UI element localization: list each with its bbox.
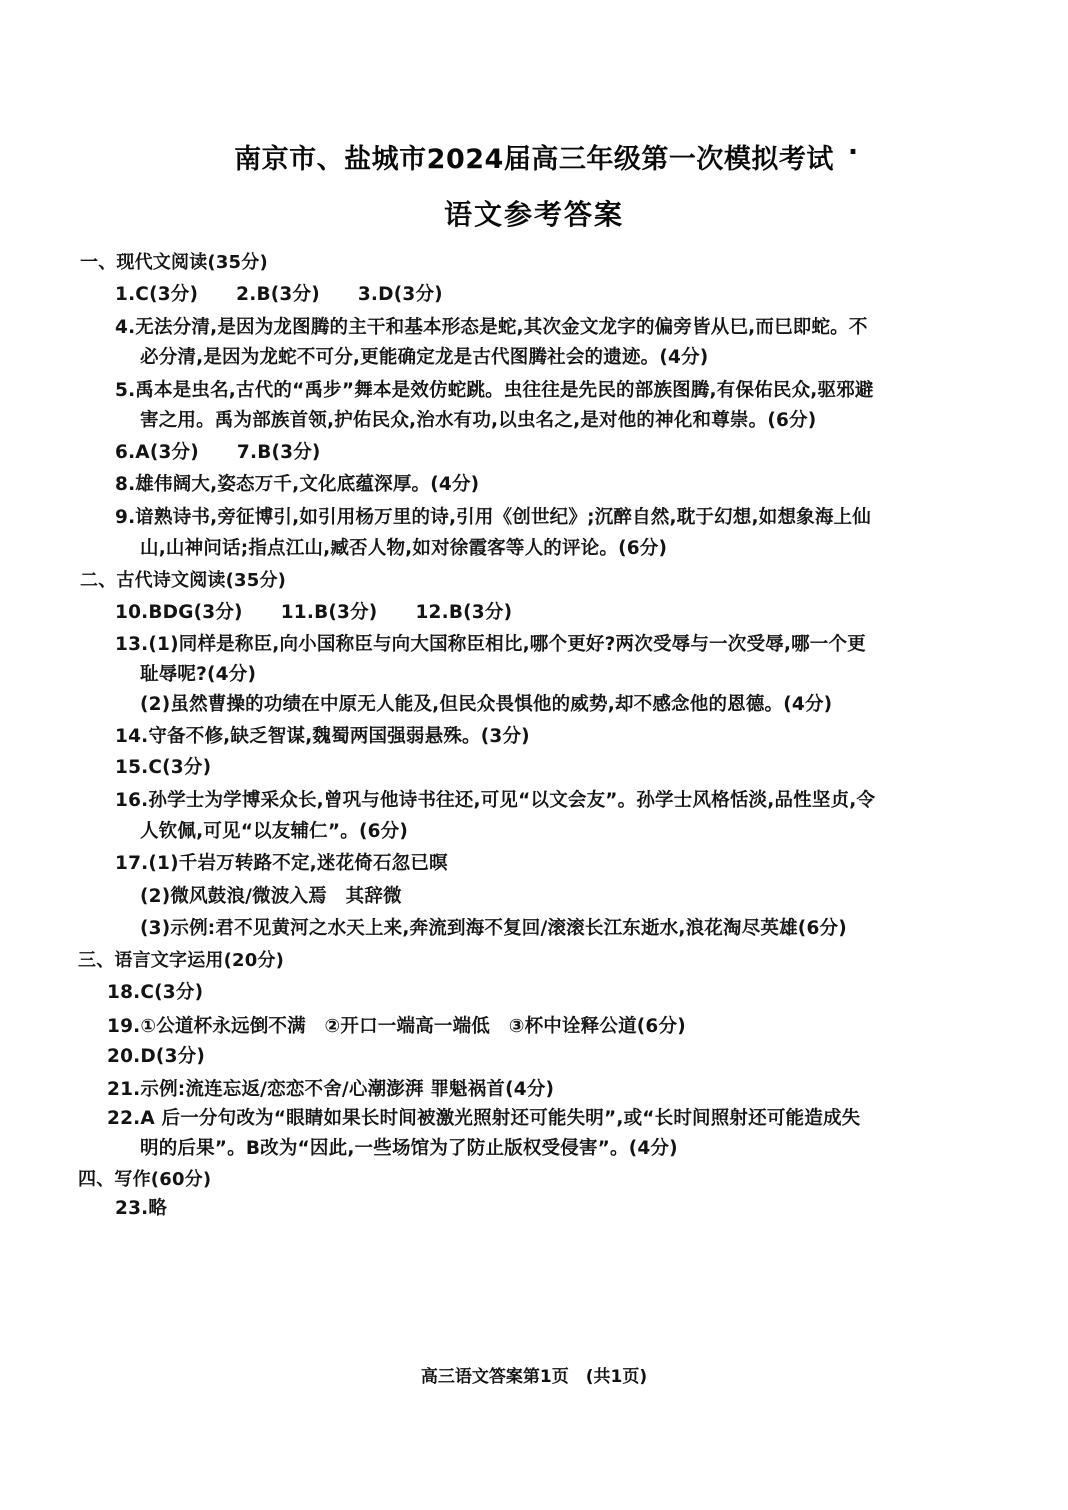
answer-line: 13.(1)同样是称臣,向小国称臣与向大国称臣相比,哪个更好?两次受辱与一次受辱… — [115, 630, 866, 656]
answer-line: 18.C(3分) — [107, 978, 203, 1004]
answer-line: 必分清,是因为龙蛇不可分,更能确定龙是古代图腾社会的遗迹。(4分) — [140, 343, 708, 369]
answer-line: (3)示例:君不见黄河之水天上来,奔流到海不复回/滚滚长江东逝水,浪花淘尽英雄(… — [140, 914, 847, 940]
answer-line: 明的后果”。B改为“因此,一些场馆为了防止版权受侵害”。(4分) — [140, 1134, 678, 1160]
answer-item: 12.B(3分) — [415, 602, 512, 623]
answer-line: 山,山神问话;指点江山,臧否人物,如对徐霞客等人的评论。(6分) — [140, 534, 667, 560]
document-title: 南京市、盐城市2024届高三年级第一次模拟考试· — [0, 137, 1068, 176]
section-heading-2: 二、古代诗文阅读(35分) — [80, 566, 286, 592]
section-heading-3: 三、语言文字运用(20分) — [78, 946, 284, 972]
answer-line: (2)虽然曹操的功绩在中原无人能及,但民众畏惧他的威势,却不感念他的恩德。(4分… — [140, 690, 832, 716]
answer-item: 7.B(3分) — [237, 442, 321, 463]
answer-line: 20.D(3分) — [107, 1042, 205, 1068]
answer-line: 9.谙熟诗书,旁征博引,如引用杨万里的诗,引用《创世纪》;沉醉自然,耽于幻想,如… — [115, 503, 871, 529]
answer-line: 6.A(3分)7.B(3分) — [115, 438, 321, 464]
answer-line: 16.孙学士为学博采众长,曾巩与他诗书往还,可见“以文会友”。孙学士风格恬淡,品… — [115, 786, 875, 812]
answer-line: 4.无法分清,是因为龙图腾的主干和基本形态是蛇,其次金文龙字的偏旁皆从巳,而巳即… — [115, 313, 868, 339]
title-text: 南京市、盐城市2024届高三年级第一次模拟考试 — [234, 144, 834, 175]
answer-line: 人钦佩,可见“以友辅仁”。(6分) — [140, 817, 408, 843]
answer-line: 害之用。禹为部族首领,护佑民众,治水有功,以虫名之,是对他的神化和尊崇。(6分) — [140, 406, 816, 432]
answer-line: 耻辱呢?(4分) — [140, 660, 256, 686]
section-heading-1: 一、现代文阅读(35分) — [80, 248, 268, 274]
answer-line: 8.雄伟阔大,姿态万千,文化底蕴深厚。(4分) — [115, 470, 479, 496]
page-footer: 高三语文答案第1页 (共1页) — [0, 1362, 1068, 1387]
answer-line: 19.①公道杯永远倒不满 ②开口一端高一端低 ③杯中诠释公道(6分) — [107, 1012, 686, 1038]
answer-line: 15.C(3分) — [115, 753, 211, 779]
title-mark: · — [848, 137, 859, 168]
answer-line: 1.C(3分)2.B(3分)3.D(3分) — [115, 280, 443, 306]
answer-line: 5.禹本是虫名,古代的“禹步”舞本是效仿蛇跳。虫往往是先民的部族图腾,有保佑民众… — [115, 376, 874, 402]
answer-item: 3.D(3分) — [358, 284, 443, 305]
answer-item: 2.B(3分) — [236, 284, 320, 305]
answer-key-page: 南京市、盐城市2024届高三年级第一次模拟考试· 语文参考答案 一、现代文阅读(… — [0, 0, 1068, 1510]
answer-line: 23.略 — [115, 1194, 167, 1220]
answer-line: 14.守备不修,缺乏智谋,魏蜀两国强弱悬殊。(3分) — [115, 722, 530, 748]
answer-line: 21.示例:流连忘返/恋恋不舍/心潮澎湃 罪魁祸首(4分) — [107, 1075, 554, 1101]
answer-line: 22.A 后一分句改为“眼睛如果长时间被激光照射还可能失明”,或“长时间照射还可… — [107, 1104, 860, 1130]
document-subtitle: 语文参考答案 — [0, 193, 1068, 233]
answer-line: 10.BDG(3分)11.B(3分)12.B(3分) — [115, 598, 512, 624]
section-heading-4: 四、写作(60分) — [78, 1165, 211, 1191]
answer-item: 1.C(3分) — [115, 284, 198, 305]
answer-item: 6.A(3分) — [115, 442, 199, 463]
answer-line: (2)微风鼓浪/微波入焉 其辞微 — [140, 882, 402, 908]
answer-item: 11.B(3分) — [281, 602, 378, 623]
answer-item: 10.BDG(3分) — [115, 602, 243, 623]
answer-line: 17.(1)千岩万转路不定,迷花倚石忽已暝 — [115, 849, 448, 875]
